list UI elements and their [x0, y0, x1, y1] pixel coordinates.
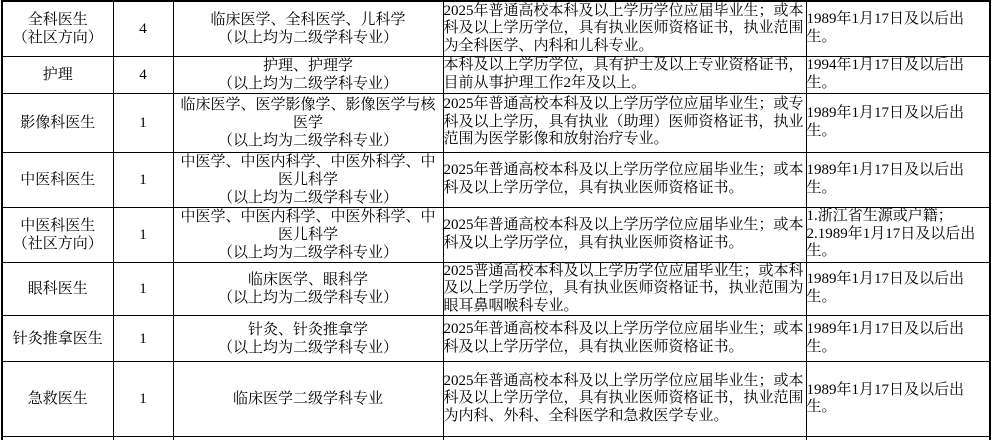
position-cell: 全科医生 （社区方向）: [2, 1, 113, 56]
birthdate-cell: 1989年1月17日及以后出生。: [806, 152, 990, 207]
birthdate-cell: [806, 437, 990, 440]
headcount-cell: 1: [113, 152, 173, 207]
birthdate-cell: 1989年1月17日及以后出生。: [806, 362, 990, 437]
requirements-cell: 2025年普通高校本科及以上学历学位应届毕业生；或本科及以上学历学位，具有执业医…: [443, 316, 806, 362]
majors-cell: 临床医学、全科医学、儿科学 （以上均为二级学科专业）: [173, 1, 443, 56]
position-cell: 中医科医生 （社区方向）: [2, 207, 113, 262]
headcount-cell: 1: [113, 316, 173, 362]
position-cell: 眼科医生: [2, 262, 113, 316]
requirements-cell: 2025年普通高校本科及以上学历学位应届毕业生；或专科及以上学历，具有执业（助理…: [443, 93, 806, 152]
birthdate-cell: 1.浙江省生源或户籍； 2.1989年1月17日及以后出生。: [806, 207, 990, 262]
majors-cell: 中医学、中医内科学、中医外科学、中医儿科学 （以上均为二级学科专业）: [173, 207, 443, 262]
majors-cell: 中医学、中医内科学、中医外科学、中医儿科学 （以上均为二级学科专业）: [173, 152, 443, 207]
headcount-cell: [113, 437, 173, 440]
majors-cell: 临床医学、医学影像学、影像医学与核医学 （以上均为二级学科专业）: [173, 93, 443, 152]
headcount-cell: 1: [113, 362, 173, 437]
position-cell: 急救医生: [2, 362, 113, 437]
requirements-cell: 2025普通高校本科及以上学历学位应届毕业生；或本科及以上学历学位，具有执业医师…: [443, 262, 806, 316]
birthdate-cell: 1989年1月17日及以后出生。: [806, 93, 990, 152]
position-cell: [2, 437, 113, 440]
table-row: 护理 4 护理、护理学 （以上均为二级学科专业） 本科及以上学历学位，具有护士及…: [2, 56, 990, 93]
birthdate-cell: 1989年1月17日及以后出生。: [806, 262, 990, 316]
majors-cell: 临床医学二级学科专业: [173, 362, 443, 437]
table-row: 影像科医生 1 临床医学、医学影像学、影像医学与核医学 （以上均为二级学科专业）…: [2, 93, 990, 152]
position-cell: 针灸推拿医生: [2, 316, 113, 362]
requirements-cell: 2025年普通高校本科及以上学历学位应届毕业生；或本科及以上学历学位，具有执业医…: [443, 1, 806, 56]
requirements-cell: 本科及以上学历学位，具有护士及以上专业资格证书，目前从事护理工作2年及以上。: [443, 56, 806, 93]
position-cell: 中医科医生: [2, 152, 113, 207]
headcount-cell: 4: [113, 56, 173, 93]
majors-cell: 针灸、针灸推拿学 （以上均为二级学科专业）: [173, 316, 443, 362]
requirements-cell: [443, 437, 806, 440]
headcount-cell: 1: [113, 262, 173, 316]
majors-cell: [173, 437, 443, 440]
headcount-cell: 1: [113, 93, 173, 152]
majors-cell: 临床医学、眼科学 （以上均为二级学科专业）: [173, 262, 443, 316]
table-row: 眼科医生 1 临床医学、眼科学 （以上均为二级学科专业） 2025普通高校本科及…: [2, 262, 990, 316]
table-row: 全科医生 （社区方向） 4 临床医学、全科医学、儿科学 （以上均为二级学科专业）…: [2, 1, 990, 56]
table-row: 急救医生 1 临床医学二级学科专业 2025年普通高校本科及以上学历学位应届毕业…: [2, 362, 990, 437]
position-cell: 护理: [2, 56, 113, 93]
birthdate-cell: 1989年1月17日及以后出生。: [806, 1, 990, 56]
table-row: 针灸推拿医生 1 针灸、针灸推拿学 （以上均为二级学科专业） 2025年普通高校…: [2, 316, 990, 362]
requirements-cell: 2025年普通高校本科及以上学历学位应届毕业生；或本科及以上学历学位，具有执业医…: [443, 362, 806, 437]
headcount-cell: 4: [113, 1, 173, 56]
table-row: 中医科医生 1 中医学、中医内科学、中医外科学、中医儿科学 （以上均为二级学科专…: [2, 152, 990, 207]
birthdate-cell: 1994年1月17日及以后出生。: [806, 56, 990, 93]
majors-cell: 护理、护理学 （以上均为二级学科专业）: [173, 56, 443, 93]
headcount-cell: 1: [113, 207, 173, 262]
position-cell: 影像科医生: [2, 93, 113, 152]
recruitment-table: 全科医生 （社区方向） 4 临床医学、全科医学、儿科学 （以上均为二级学科专业）…: [1, 0, 991, 440]
requirements-cell: 2025年普通高校本科及以上学历学位应届毕业生；或本科及以上学历学位，具有执业医…: [443, 207, 806, 262]
birthdate-cell: 1989年1月17日及以后出生。: [806, 316, 990, 362]
table-row: 中医科医生 （社区方向） 1 中医学、中医内科学、中医外科学、中医儿科学 （以上…: [2, 207, 990, 262]
requirements-cell: 2025年普通高校本科及以上学历学位应届毕业生；或本科及以上学历学位，具有执业医…: [443, 152, 806, 207]
table-row-partial: [2, 437, 990, 440]
